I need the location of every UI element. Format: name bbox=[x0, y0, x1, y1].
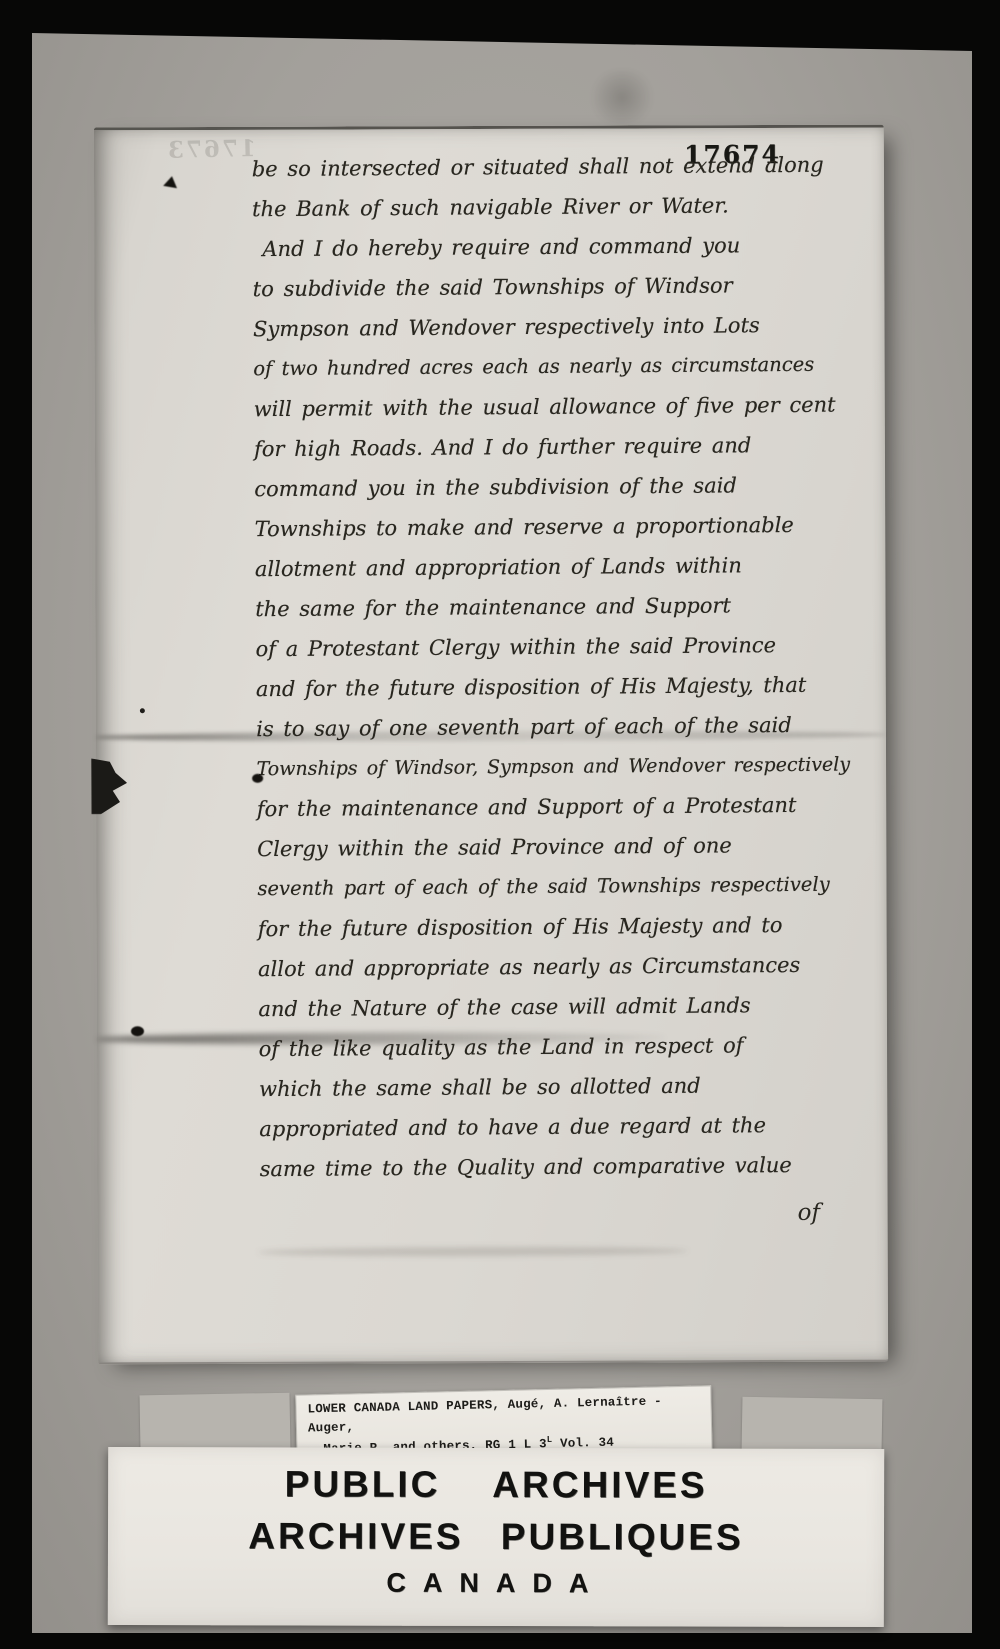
manuscript-line: and the Nature of the case will admit La… bbox=[258, 984, 882, 1029]
tear-notch bbox=[91, 758, 127, 814]
manuscript-line: for the future disposition of His Majest… bbox=[258, 904, 882, 949]
manuscript-line: appropriated and to have a due regard at… bbox=[259, 1104, 883, 1149]
paper-tab bbox=[140, 1393, 291, 1454]
manuscript-line: of the like quality as the Land in respe… bbox=[259, 1024, 883, 1069]
manuscript-line: the same for the maintenance and Support bbox=[255, 584, 879, 629]
manuscript-line: allot and appropriate as nearly as Circu… bbox=[258, 944, 882, 989]
manuscript-line: Townships to make and reserve a proporti… bbox=[254, 504, 878, 549]
manuscript-line: will permit with the usual allowance of … bbox=[254, 384, 878, 429]
manuscript-line: is to say of one seventh part of each of… bbox=[256, 704, 880, 749]
manuscript-page: 17673 17674 be so intersected or situate… bbox=[94, 125, 888, 1365]
manuscript-line: of a Protestant Clergy within the said P… bbox=[255, 624, 879, 669]
catchword: of bbox=[798, 1200, 820, 1226]
archives-stamp-english: PUBLIC ARCHIVES bbox=[108, 1463, 884, 1507]
manuscript-line: of two hundred acres each as nearly as c… bbox=[253, 344, 877, 389]
manuscript-line: and for the future disposition of His Ma… bbox=[256, 664, 880, 709]
ink-blot bbox=[252, 774, 263, 783]
manuscript-line: be so intersected or situated shall not … bbox=[252, 144, 876, 189]
manuscript-line: same time to the Quality and comparative… bbox=[260, 1144, 884, 1189]
board-smudge bbox=[587, 70, 657, 125]
public-archives-card: PUBLIC ARCHIVES ARCHIVES PUBLIQUES CANAD… bbox=[108, 1447, 884, 1627]
paper-tab bbox=[742, 1397, 883, 1453]
ink-blot bbox=[131, 1026, 144, 1036]
manuscript-line: And I do hereby require and command you bbox=[252, 224, 876, 269]
manuscript-line: for the maintenance and Support of a Pro… bbox=[257, 784, 881, 829]
manuscript-line: allotment and appropriation of Lands wit… bbox=[255, 544, 879, 589]
bleedthrough-mark bbox=[258, 1246, 688, 1257]
manuscript-line: to subdivide the said Townships of Winds… bbox=[253, 264, 877, 309]
archives-stamp-canada: CANADA bbox=[108, 1567, 884, 1600]
scanned-archive-photo: 17673 17674 be so intersected or situate… bbox=[0, 0, 1000, 1649]
manuscript-line: the Bank of such navigable River or Wate… bbox=[252, 184, 876, 229]
manuscript-line: Townships of Windsor, Sympson and Wendov… bbox=[256, 744, 880, 789]
manuscript-line: Clergy within the said Province and of o… bbox=[257, 824, 881, 869]
archives-stamp-french: ARCHIVES PUBLIQUES bbox=[108, 1515, 884, 1559]
manuscript-line: command you in the subdivision of the sa… bbox=[254, 464, 878, 509]
manuscript-line: for high Roads. And I do further require… bbox=[254, 424, 878, 469]
manuscript-line: Sympson and Wendover respectively into L… bbox=[253, 304, 877, 349]
ghost-page-number: 17673 bbox=[166, 135, 257, 164]
manuscript-line: seventh part of each of the said Townshi… bbox=[257, 864, 881, 909]
triangle-mark bbox=[163, 175, 179, 188]
ink-speck bbox=[140, 708, 145, 713]
manuscript-line: which the same shall be so allotted and bbox=[259, 1064, 883, 1109]
